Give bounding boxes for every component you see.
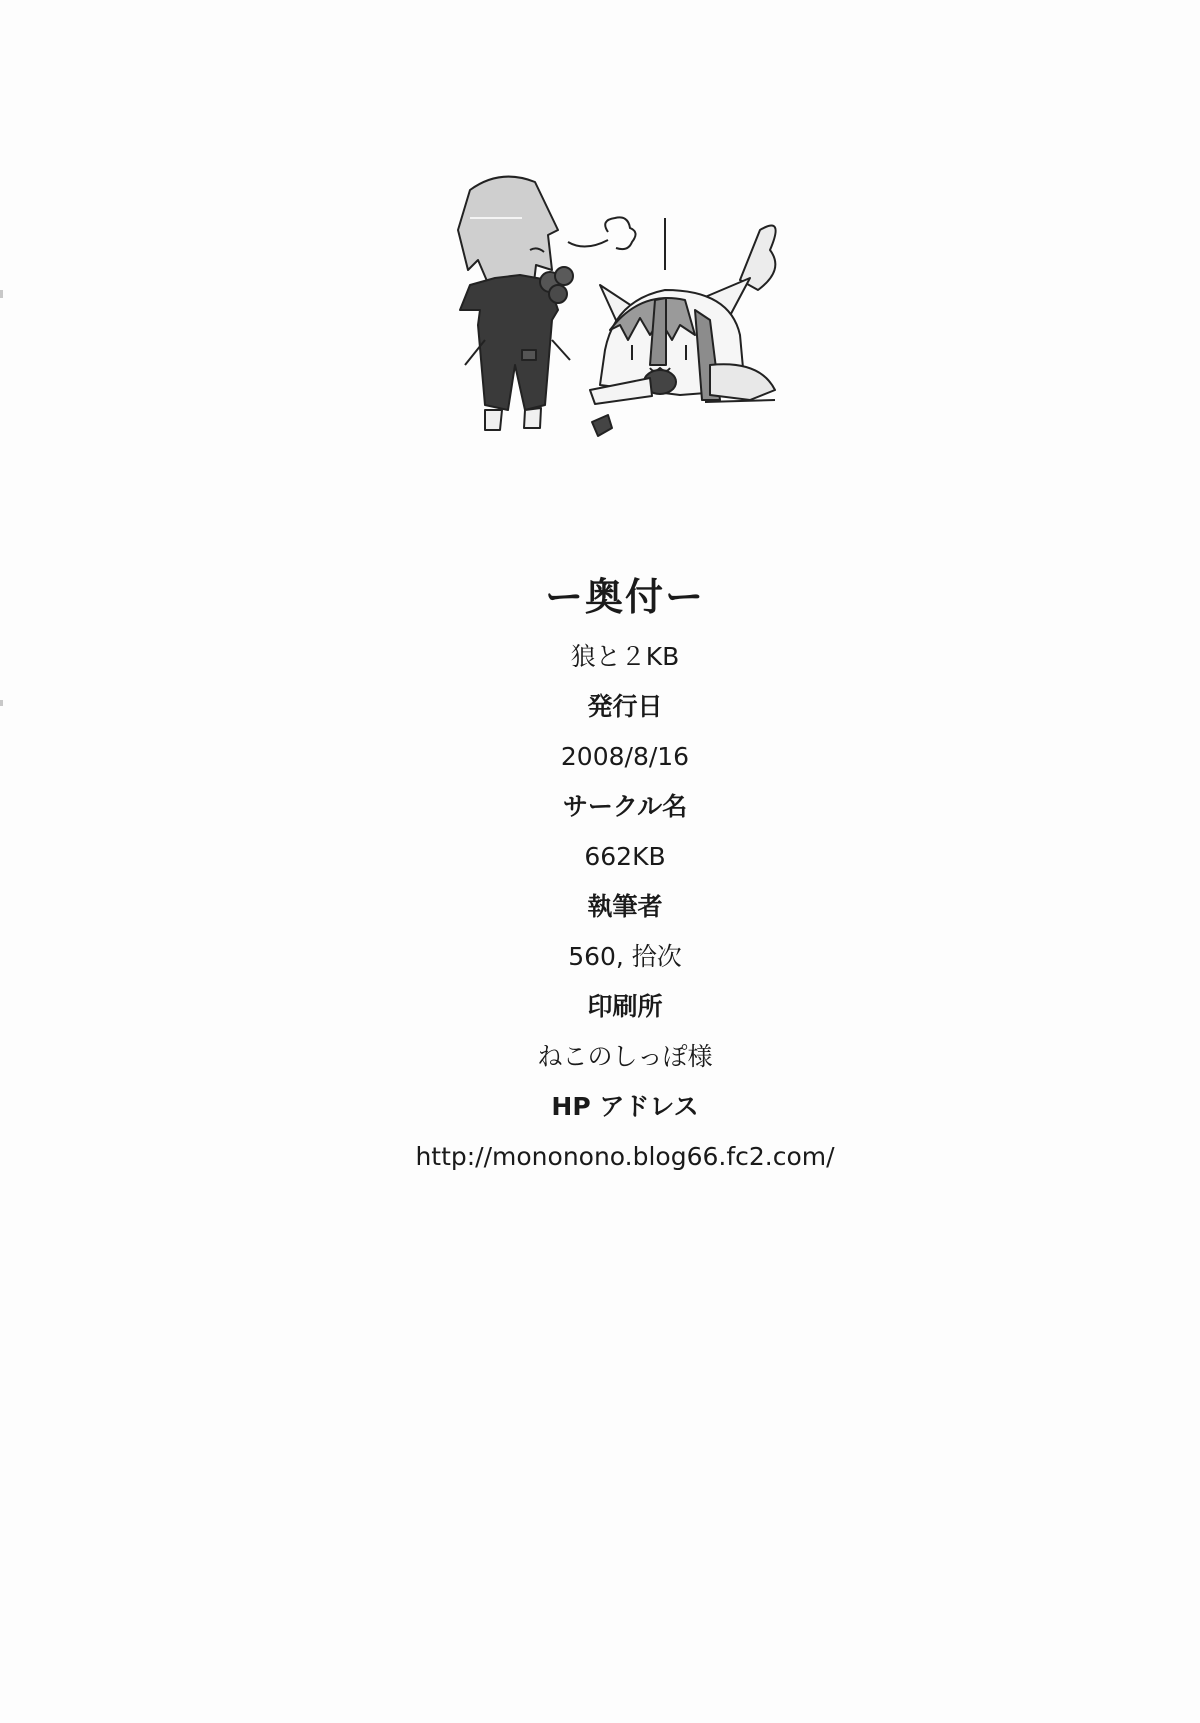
homepage-label: HP アドレス xyxy=(0,1082,1200,1132)
circle-name-label: サークル名 xyxy=(0,782,1200,832)
chibi-illustration xyxy=(440,160,820,460)
printer: ねこのしっぽ様 xyxy=(0,1032,1200,1082)
sigh-puff xyxy=(568,217,636,249)
book-title: 狼と２KB xyxy=(0,632,1200,682)
boy-character xyxy=(458,177,573,430)
authors-label: 執筆者 xyxy=(0,882,1200,932)
publish-date: 2008/8/16 xyxy=(0,732,1200,782)
homepage-url: http://mononono.blog66.fc2.com/ xyxy=(0,1132,1200,1182)
authors: 560, 拾次 xyxy=(0,932,1200,982)
circle-name: 662KB xyxy=(0,832,1200,882)
printer-label: 印刷所 xyxy=(0,982,1200,1032)
wolf-girl-character xyxy=(590,218,776,436)
publish-date-label: 発行日 xyxy=(0,682,1200,732)
scan-edge-mark xyxy=(0,290,3,298)
colophon-title: ー奥付ー xyxy=(0,572,1200,622)
colophon: ー奥付ー 狼と２KB 発行日 2008/8/16 サークル名 662KB 執筆者… xyxy=(0,572,1200,1182)
